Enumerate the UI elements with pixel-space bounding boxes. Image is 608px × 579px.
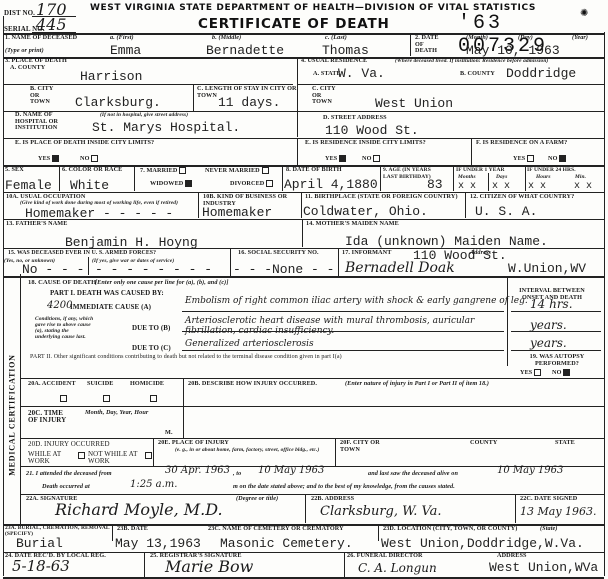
- last-seen-date: 10 May 1963: [497, 465, 563, 476]
- residence-county: Doddridge: [506, 67, 576, 81]
- time-fields-label: Month, Day, Year, Hour: [85, 410, 148, 417]
- name-sublabel: (Type or print): [5, 48, 44, 55]
- underline: [182, 311, 504, 312]
- injury-city-label: 20f. CITY OR TOWN: [340, 440, 380, 453]
- widowed-text: WIDOWED: [150, 180, 183, 187]
- under-24-label: IF UNDER 24 HRS.: [527, 167, 576, 174]
- divorced-option[interactable]: DIVORCED: [230, 180, 273, 187]
- residence-county-label: b. COUNTY: [460, 71, 495, 78]
- street-address: 110 Wood St.: [325, 124, 419, 138]
- middle-name-label: b. (Middle): [212, 35, 241, 42]
- describe-injury-label: 20b. DESCRIBE HOW INJURY OCCURRED.: [188, 381, 317, 388]
- divider: [344, 552, 345, 578]
- married-text: 7. MARRIED: [140, 167, 177, 174]
- cemetery-name: Masonic Cemetery.: [220, 537, 353, 551]
- birthplace-label: 11. BIRTHPLACE (State or foreign country…: [305, 194, 458, 201]
- burial-date-label: 23b. DATE: [117, 526, 148, 533]
- divider: [153, 438, 154, 466]
- age: 83: [427, 178, 443, 192]
- never-married-text: NEVER MARRIED: [205, 167, 260, 174]
- not-while-work-text: NOT WHILE At WORK: [88, 450, 137, 465]
- death-inside-limits-label: e. IS PLACE OF DEATH INSIDE CITY LIMITS?: [15, 140, 154, 147]
- divider: [230, 248, 231, 276]
- residence-city: West Union: [375, 97, 453, 111]
- checkbox-checked[interactable]: [185, 180, 192, 187]
- death-inside-limits-no[interactable]: NO: [80, 155, 98, 162]
- checkbox[interactable]: [262, 167, 269, 174]
- degree-label: (Degree or title): [236, 496, 278, 503]
- sex: Female: [5, 179, 52, 193]
- divider: [20, 438, 604, 439]
- ssn: - - -None - -: [233, 263, 334, 277]
- interval-a: 14 hrs.: [530, 297, 573, 311]
- suicide-label: SUICIDE: [87, 381, 114, 388]
- informant-address-2: W.Union,WV: [508, 262, 586, 276]
- left-border: [3, 16, 4, 576]
- attended-to: 10 May 1963: [258, 465, 324, 476]
- medical-certification-banner: MEDICAL CERTIFICATION: [6, 290, 18, 540]
- length-of-stay: 11 days.: [218, 96, 280, 110]
- divider: [3, 111, 604, 112]
- dob-label: 8. DATE OF BIRTH: [286, 167, 342, 174]
- divider: [183, 378, 184, 438]
- divider: [305, 494, 306, 523]
- married-option[interactable]: 7. MARRIED: [140, 167, 186, 174]
- physician-signature: Richard Moyle, M.D.: [55, 500, 223, 519]
- last-name-label: c. (Last): [325, 35, 347, 42]
- describe-injury-note: (Enter nature of injury in Part I or Par…: [345, 381, 489, 388]
- while-at-work-option[interactable]: WHILE AT WORK: [28, 451, 73, 464]
- part2-label: PART II. Other significant conditions co…: [30, 354, 342, 361]
- death-occurred-text: Death occurred at: [42, 484, 90, 491]
- divider: [59, 165, 60, 191]
- divider: [193, 85, 194, 111]
- registrar-signature: Marie Bow: [165, 557, 253, 576]
- residence-state: W. Va.: [338, 67, 385, 81]
- part1-label: PART I. DEATH WAS CAUSED BY:: [50, 290, 164, 297]
- divider: [134, 165, 135, 191]
- armed-forces-value: No - - -: [22, 263, 84, 277]
- hospital-label: d. NAME OF HOSPITAL OR INSTITUTION: [15, 112, 85, 132]
- divider: [380, 165, 381, 191]
- received-date: 5-18-63: [12, 557, 70, 575]
- death-time: 1:25 a.m.: [130, 479, 177, 490]
- month-label: (Month): [466, 35, 488, 42]
- director-address-label: ADDRESS: [497, 553, 527, 560]
- business: Homemaker: [202, 206, 272, 220]
- date-of-birth: April 4,1880: [284, 178, 378, 192]
- knowledge-text: m on the date stated above; and to the b…: [233, 484, 455, 491]
- mother-name: Ida (unknown) Maiden Name.: [345, 235, 548, 249]
- divider: [20, 406, 604, 407]
- divider: [20, 378, 604, 379]
- divider: [302, 219, 303, 247]
- last-seen-text: and last saw the deceased alive on: [368, 471, 458, 478]
- under-year-label: IF UNDER 1 YEAR: [456, 167, 505, 174]
- while-at-work-text: WHILE AT WORK: [28, 450, 61, 465]
- bottom-border: [3, 577, 604, 579]
- yes-text: YES: [520, 369, 532, 376]
- date-signed-label: 22c. DATE SIGNED: [520, 496, 577, 503]
- divider: [3, 219, 604, 220]
- underline: [511, 311, 601, 312]
- farm-no[interactable]: NO: [548, 155, 566, 162]
- divider: [453, 165, 454, 191]
- due-to-c: Generalized arteriosclerosis: [185, 339, 314, 349]
- divider: [515, 494, 516, 523]
- divider: [282, 165, 283, 191]
- checkbox-yes[interactable]: [534, 369, 541, 376]
- place-of-injury-label: 20e. PLACE OF INJURY: [158, 440, 229, 447]
- date-signed: 13 May 1963.: [520, 505, 597, 518]
- injury-county-label: COUNTY: [470, 440, 497, 447]
- residence-inside-limits-label: e. IS RESIDENCE INSIDE CITY LIMITS?: [305, 140, 426, 147]
- residence-city-label: c. CITY OR TOWN: [312, 86, 342, 106]
- no-text: NO: [552, 369, 561, 376]
- underline: [511, 331, 601, 332]
- homicide-checkbox[interactable]: [150, 395, 157, 402]
- divider: [471, 138, 472, 165]
- death-county: Harrison: [80, 70, 142, 84]
- yes-text: YES: [325, 155, 337, 162]
- cause-note: [Enter only one cause per line for (a), …: [95, 280, 229, 287]
- divider: [378, 524, 379, 541]
- interval-b: years.: [530, 318, 567, 332]
- year-label: (Year): [572, 35, 588, 42]
- cemetery-label: 23c. NAME OF CEMETERY OR CREMATORY: [208, 526, 344, 533]
- hospital-note: (If not in hospital, give street address…: [100, 112, 188, 119]
- last-name: Thomas: [322, 44, 369, 58]
- yes-text: YES: [38, 155, 50, 162]
- autopsy-yes[interactable]: YES: [520, 369, 541, 376]
- farm-label: f. IS RESIDENCE ON A FARM?: [476, 140, 567, 147]
- physician-address-label: 22b. ADDRESS: [311, 496, 354, 503]
- name-label: 1. NAME OF DECEASED: [5, 35, 77, 42]
- ssn-label: 16. SOCIAL SECURITY No.: [238, 250, 319, 257]
- banner-text: MEDICAL CERTIFICATION: [8, 354, 17, 476]
- certificate-title: CERTIFICATE OF DEATH: [198, 16, 390, 32]
- divider: [488, 173, 489, 191]
- race-label: 6. COLOR OR RACE: [62, 167, 122, 174]
- armed-forces-label: 15. WAS DECEASED EVER IN U. S. ARMED FOR…: [8, 250, 156, 257]
- burial-date: May 13,1963: [115, 537, 201, 551]
- accident-label: 20a. ACCIDENT: [28, 381, 76, 388]
- no-text: NO: [80, 155, 89, 162]
- attended-from: 30 Apr. 1963: [165, 465, 230, 476]
- injury-occurred-label: 20d. INJURY OCCURRED: [28, 441, 110, 448]
- checkbox[interactable]: [179, 167, 186, 174]
- checkbox-yes-checked[interactable]: [52, 155, 59, 162]
- city-label: b. CITY OR TOWN: [30, 86, 60, 106]
- hospital-name: St. Marys Hospital.: [92, 121, 240, 135]
- underline: [182, 331, 504, 332]
- middle-name: Bernadette: [206, 44, 284, 58]
- divider: [301, 192, 302, 218]
- divider: [3, 276, 604, 278]
- time-of-injury-label: 20c. TIME OF INJURY: [28, 410, 68, 424]
- divider: [198, 192, 199, 218]
- county-label: a. COUNTY: [10, 65, 45, 72]
- autopsy-label: 19. WAS AUTOPSY PERFORMED?: [512, 354, 602, 367]
- residence-state-label: a. STATE: [313, 71, 341, 78]
- interval-c: years.: [530, 336, 567, 350]
- due-to-c-label: DUE TO (c): [132, 345, 171, 352]
- due-to-b: Arteriosclerotic heart disease with mura…: [185, 316, 505, 336]
- widowed-option[interactable]: WIDOWED: [150, 180, 192, 187]
- first-name: Emma: [110, 44, 141, 58]
- due-to-b-label: DUE TO (b): [132, 325, 170, 332]
- divider: [507, 276, 508, 366]
- first-name-label: a. (First): [110, 35, 134, 42]
- residence-inside-limits-yes[interactable]: YES: [325, 155, 346, 162]
- divorced-text: DIVORCED: [230, 180, 264, 187]
- death-certificate: Dist No. 170 Serial No. 445 WEST VIRGINI…: [0, 0, 608, 579]
- divider: [297, 57, 298, 137]
- immediate-cause-label: IMMEDIATE CAUSE (a): [70, 304, 151, 311]
- checkbox-no-checked[interactable]: [559, 155, 566, 162]
- cause-label: 18. CAUSE OF DEATH: [28, 280, 96, 287]
- injury-state-label: STATE: [555, 440, 575, 447]
- divider: [297, 84, 604, 85]
- sex-label: 5. SEX: [5, 167, 24, 174]
- citizen-label: 12. CITIZEN OF WHAT COUNTRY?: [470, 194, 574, 201]
- divider: [112, 524, 113, 541]
- divider: [465, 192, 466, 218]
- header-divider: [3, 33, 604, 35]
- no-text: NO: [362, 155, 371, 162]
- divider: [335, 438, 336, 466]
- medical-section-border: [20, 274, 21, 526]
- death-inside-limits-yes[interactable]: YES: [38, 155, 59, 162]
- usual-residence-label: 4. USUAL RESIDENCE: [301, 58, 367, 65]
- not-while-at-work-option[interactable]: NOT WHILE At WORK: [88, 451, 143, 464]
- day-label: (Day): [518, 35, 533, 42]
- checkbox-yes[interactable]: [527, 155, 534, 162]
- cause-code: 4200: [47, 300, 72, 311]
- race: White: [70, 179, 109, 193]
- citizen: U. S. A.: [475, 205, 537, 219]
- street-address-label: d. STREET ADDRESS: [323, 115, 387, 122]
- m-label: M.: [165, 430, 173, 437]
- checkbox-yes-checked[interactable]: [339, 155, 346, 162]
- birthplace: Coldwater, Ohio.: [303, 205, 428, 219]
- divider: [144, 552, 145, 578]
- yes-text: YES: [513, 155, 525, 162]
- never-married-option[interactable]: NEVER MARRIED: [205, 167, 269, 174]
- autopsy-no[interactable]: NO: [552, 369, 570, 376]
- residence-note: (Where deceased lived. If institution: R…: [395, 58, 548, 65]
- divider: [338, 248, 339, 276]
- not-while-at-work-checkbox[interactable]: [145, 452, 152, 459]
- date-of-death: May 10, 1963: [466, 44, 560, 58]
- death-city: Clarksburg.: [75, 96, 161, 110]
- to-text: , to: [233, 471, 241, 478]
- seal-icon: ✺: [580, 8, 588, 19]
- no-text: NO: [548, 155, 557, 162]
- checkbox-no[interactable]: [91, 155, 98, 162]
- director-address: West Union,WVa: [489, 561, 598, 575]
- physician-address: Clarksburg, W. Va.: [320, 504, 442, 519]
- informant-label: 17. INFORMANT: [342, 250, 391, 257]
- date-of-death-label: 2. DATE OF DEATH: [415, 35, 443, 55]
- funeral-director-label: 26. FUNERAL DIRECTOR: [347, 553, 423, 560]
- location-state-label: (State): [540, 526, 558, 533]
- service-value: - - - - - - - -: [95, 263, 212, 277]
- suicide-checkbox[interactable]: [103, 395, 110, 402]
- informant-address-1: 110 Wood St.: [413, 249, 507, 263]
- while-at-work-checkbox[interactable]: [78, 452, 85, 459]
- father-label: 13. FATHER'S NAME: [6, 221, 67, 228]
- farm-yes[interactable]: YES: [513, 155, 534, 162]
- funeral-director-signature: C. A. Longun: [358, 561, 437, 575]
- divider: [525, 165, 526, 191]
- mother-label: 14. MOTHER'S MAIDEN NAME: [306, 221, 399, 228]
- checkbox[interactable]: [266, 180, 273, 187]
- divider: [410, 34, 411, 56]
- accident-checkbox[interactable]: [60, 395, 67, 402]
- checkbox-no-checked[interactable]: [563, 369, 570, 376]
- divider: [88, 257, 89, 275]
- residence-inside-limits-no[interactable]: NO: [362, 155, 380, 162]
- homicide-label: HOMICIDE: [130, 381, 164, 388]
- disposition: Burial: [16, 537, 63, 551]
- underline: [511, 350, 601, 351]
- checkbox-no[interactable]: [373, 155, 380, 162]
- divider: [297, 138, 298, 165]
- burial-location: West Union,Doddridge,W.Va.: [381, 537, 584, 551]
- underline: [182, 350, 504, 351]
- location-label: 23d. LOCATION (City, town, or county): [383, 526, 517, 533]
- place-of-injury-note: (e. g., in or about home, farm, factory,…: [175, 447, 335, 454]
- attended-text: 21. I attended the deceased from: [26, 471, 112, 478]
- conditions-note: Conditions, if any, which gave rise to a…: [35, 316, 95, 340]
- dist-label: Dist No.: [4, 10, 35, 17]
